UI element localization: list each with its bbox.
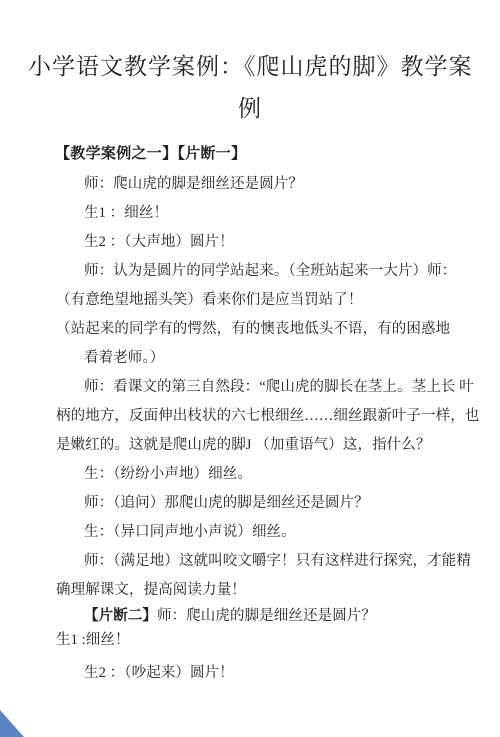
dialogue-line: 是嫩红的。这就是爬山虎的脚J （加重语气）这，指什么？: [56, 431, 460, 460]
dialogue-line: （站起来的同学有的愕然，有的懊丧地低头不语，有的困惑地: [56, 315, 460, 344]
page-title: 小学语文教学案例：《爬山虎的脚》教学案 例: [28, 46, 472, 130]
section-heading: 【教学案例之一】【片断一】: [55, 146, 500, 163]
document-body: 师：爬山虎的脚是细丝还是圆片？生1 ：细丝！生2 ：（大声地）圆片！师：认为是圆…: [56, 170, 460, 688]
dialogue-line: 师：认为是圆片的同学站起来。（全班站起来一大片）师：: [56, 257, 460, 286]
dialogue-line: 师：（追问）那爬山虎的脚是细丝还是圆片？: [56, 489, 460, 518]
dialogue-line: 生2 ：（大声地）圆片！: [56, 228, 460, 257]
corner-triangle-icon: [0, 710, 24, 737]
dialogue-line: 生：（纷纷小声地）细丝。: [56, 460, 460, 489]
dialogue-line: （有意绝望地摇头笑）看来你们是应当罚站了！: [56, 286, 460, 315]
dialogue-line: 看着老师。）: [56, 344, 460, 373]
dialogue-line: 师：看课文的第三自然段：“爬山虎的脚长在茎上。茎上长 叶: [56, 373, 460, 402]
page-title-line-2: 例: [28, 88, 472, 130]
document-page: 小学语文教学案例：《爬山虎的脚》教学案 例 【教学案例之一】【片断一】 师：爬山…: [0, 0, 500, 737]
page-title-line-1: 小学语文教学案例：《爬山虎的脚》教学案: [28, 46, 472, 88]
dialogue-line: 【片断二】师：爬山虎的脚是细丝还是圆片？: [56, 605, 460, 629]
dialogue-line: 确理解课文，提高阅读力量！: [56, 576, 460, 605]
dialogue-line: 生：（异口同声地小声说）细丝。: [56, 518, 460, 547]
segment-heading: 【片断二】: [84, 608, 157, 624]
dialogue-line: 生2 ：（吵起来）圆片！: [56, 659, 460, 688]
dialogue-line: 生1 :细丝！: [56, 629, 460, 653]
dialogue-line: 生1 ：细丝！: [56, 199, 460, 228]
dialogue-line: 师：爬山虎的脚是细丝还是圆片？: [56, 170, 460, 199]
dialogue-line: 柄的地方，反面伸出枝状的六七根细丝……细丝跟新叶子一样，也: [56, 402, 460, 431]
corner-fold-decoration: [0, 710, 24, 737]
dialogue-line: 师：（满足地）这就叫咬文嚼字！只有这样进行探究，才能精: [56, 547, 460, 576]
